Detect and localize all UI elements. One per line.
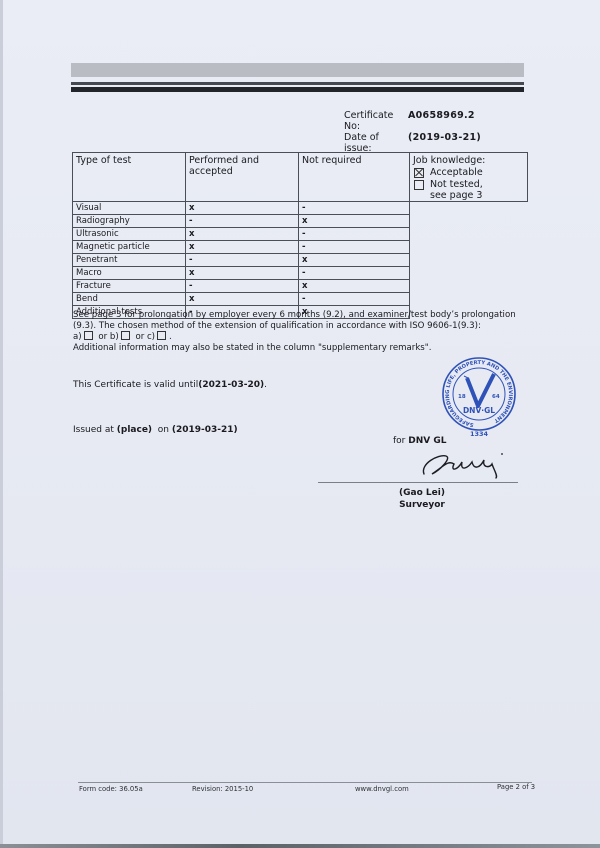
test-type: Fracture xyxy=(73,280,186,293)
test-type: Visual xyxy=(73,202,186,215)
table-row: Ultrasonicx- xyxy=(73,228,528,241)
revision: Revision: 2015-10 xyxy=(192,785,253,793)
svg-text:18: 18 xyxy=(458,394,466,400)
performed-mark: x xyxy=(186,241,299,254)
signer-name: (Gao Lei) xyxy=(399,487,445,499)
option-c-label: or c) xyxy=(135,332,155,342)
svg-text:64: 64 xyxy=(492,394,500,400)
option-c-checkbox-icon xyxy=(157,331,166,340)
header-rule xyxy=(71,82,524,85)
form-code: Form code: 36.05a xyxy=(79,785,143,793)
issued-middle: on xyxy=(152,425,172,435)
test-type: Bend xyxy=(73,293,186,306)
not-required-mark: - xyxy=(299,241,410,254)
test-type: Macro xyxy=(73,267,186,280)
not-required-mark: x xyxy=(299,280,410,293)
job-knowledge-cell: Job knowledge: Acceptable Not tested, se… xyxy=(410,153,528,202)
not-required-mark: x xyxy=(299,215,410,228)
signer-title: Surveyor xyxy=(399,499,445,511)
test-type: Magnetic particle xyxy=(73,241,186,254)
test-type: Penetrant xyxy=(73,254,186,267)
svg-text:1334: 1334 xyxy=(470,430,489,436)
option-b-label: or b) xyxy=(98,332,118,342)
organization-name: DNV GL xyxy=(408,436,446,446)
option-label: Acceptable xyxy=(430,167,483,178)
test-type: Radiography xyxy=(73,215,186,228)
issued-place: (place) xyxy=(117,425,152,435)
certificate-info: Certificate No: A0658969.2 Date of issue… xyxy=(344,110,481,154)
footer-rule xyxy=(78,782,532,783)
signer-block: (Gao Lei) Surveyor xyxy=(399,487,445,511)
test-results-table: Type of test Performed and accepted Not … xyxy=(72,152,528,319)
signature-line xyxy=(318,482,518,483)
table-row: Magnetic particlex- xyxy=(73,241,528,254)
checked-box-icon xyxy=(414,168,424,178)
table-row: Fracture-x xyxy=(73,280,528,293)
handwritten-signature-icon xyxy=(418,446,508,480)
page-number: Page 2 of 3 xyxy=(497,783,535,791)
performed-mark: x xyxy=(186,293,299,306)
job-knowledge-title: Job knowledge: xyxy=(413,155,524,166)
issued-statement: Issued at (place) on (2019-03-21) xyxy=(73,425,238,435)
not-required-mark: - xyxy=(299,202,410,215)
option-a-label: a) xyxy=(73,332,82,342)
dnv-gl-stamp-icon: SAFEGUARDING LIFE, PROPERTY AND THE ENVI… xyxy=(434,356,524,436)
test-type: Ultrasonic xyxy=(73,228,186,241)
issue-date: (2019-03-21) xyxy=(408,132,481,154)
certificate-page: Certificate No: A0658969.2 Date of issue… xyxy=(0,0,600,848)
option-a-checkbox-icon xyxy=(84,331,93,340)
issued-prefix: Issued at xyxy=(73,425,117,435)
header-performed: Performed and accepted xyxy=(186,153,299,202)
validity-suffix: . xyxy=(264,380,267,390)
issue-date-label: Date of issue: xyxy=(344,132,408,154)
validity-statement: This Certificate is valid until(2021-03-… xyxy=(73,380,267,390)
for-organization: for DNV GL xyxy=(393,436,446,446)
table-row: Visualx- xyxy=(73,202,528,215)
website-link[interactable]: www.dnvgl.com xyxy=(355,785,409,793)
performed-mark: - xyxy=(186,254,299,267)
scan-edge-bottom xyxy=(0,844,600,848)
table-row: Penetrant-x xyxy=(73,254,528,267)
additional-info-text: Additional information may also be state… xyxy=(73,343,431,353)
table-row: Macrox- xyxy=(73,267,528,280)
empty-box-icon xyxy=(414,180,424,190)
prolongation-text: See page 3 for prolongation by employer … xyxy=(73,310,516,331)
not-required-mark: - xyxy=(299,267,410,280)
certificate-number-label: Certificate No: xyxy=(344,110,408,132)
option-b-checkbox-icon xyxy=(121,331,130,340)
header-band xyxy=(71,63,524,77)
job-knowledge-option-acceptable: Acceptable xyxy=(413,167,524,178)
scan-edge xyxy=(0,0,3,848)
option-label: Not tested, see page 3 xyxy=(430,179,500,201)
performed-mark: - xyxy=(186,215,299,228)
not-required-mark: - xyxy=(299,228,410,241)
table-row: Bendx- xyxy=(73,293,528,306)
certificate-number: A0658969.2 xyxy=(408,110,475,132)
performed-mark: x xyxy=(186,228,299,241)
header-rule-thick xyxy=(71,87,524,92)
header-not-required: Not required xyxy=(299,153,410,202)
for-prefix: for xyxy=(393,436,408,446)
performed-mark: - xyxy=(186,280,299,293)
table-row: Radiography-x xyxy=(73,215,528,228)
issued-date: (2019-03-21) xyxy=(172,425,238,435)
performed-mark: x xyxy=(186,202,299,215)
valid-until-date: (2021-03-20) xyxy=(198,380,264,390)
performed-mark: x xyxy=(186,267,299,280)
svg-text:DNV·GL: DNV·GL xyxy=(463,406,495,415)
validity-prefix: This Certificate is valid until xyxy=(73,380,198,390)
header-type-of-test: Type of test xyxy=(73,153,186,202)
prolongation-note: See page 3 for prolongation by employer … xyxy=(73,310,533,353)
not-required-mark: x xyxy=(299,254,410,267)
job-knowledge-option-not-tested: Not tested, see page 3 xyxy=(413,179,524,201)
not-required-mark: - xyxy=(299,293,410,306)
